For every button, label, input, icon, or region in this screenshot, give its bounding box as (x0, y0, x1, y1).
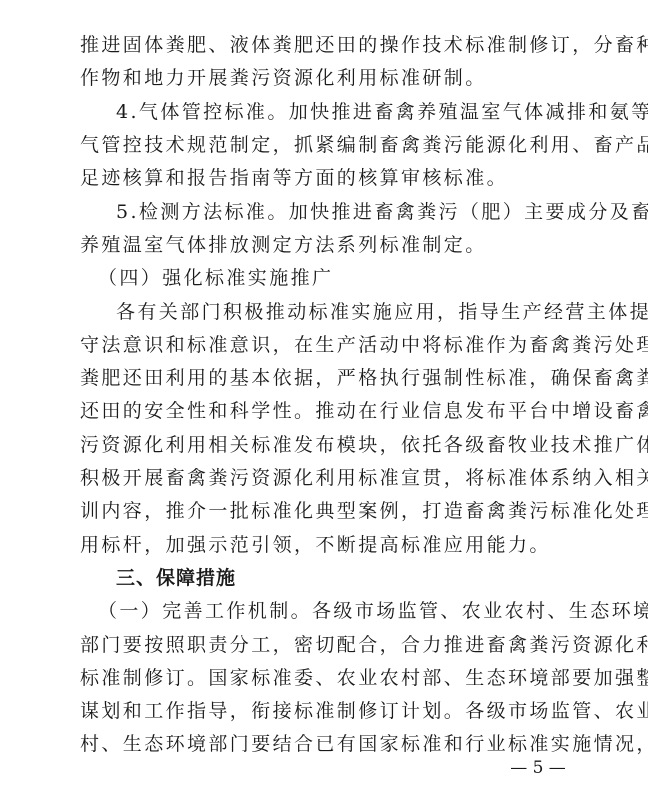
paragraph-line: 守法意识和标准意识，在生产活动中将标准作为畜禽粪污处理和 (80, 328, 580, 362)
paragraph-line: 标准制修订。国家标准委、农业农村部、生态环境部要加强整体 (80, 661, 580, 695)
item-4-gas-control-standard: 4.气体管控标准。加快推进畜禽养殖温室气体减排和氨等臭 (116, 95, 580, 129)
document-page: 推进固体粪肥、液体粪肥还田的操作技术标准制修订，分畜种、 作物和地力开展粪污资源… (0, 0, 648, 801)
paragraph-line: 气管控技术规范制定，抓紧编制畜禽粪污能源化利用、畜产品碳 (80, 128, 580, 162)
paragraph-line: 用标杆，加强示范引领，不断提高标准应用能力。 (80, 528, 580, 562)
paragraph-line: 谋划和工作指导，衔接标准制修订计划。各级市场监管、农业农 (80, 694, 580, 728)
paragraph-line: 积极开展畜禽粪污资源化利用标准宣贯，将标准体系纳入相关培 (80, 461, 580, 495)
paragraph-line: 训内容，推介一批标准化典型案例，打造畜禽粪污标准化处理利 (80, 494, 580, 528)
subsection-1-work-mechanism: （一）完善工作机制。各级市场监管、农业农村、生态环境 (98, 594, 580, 628)
paragraph-line: 各有关部门积极推动标准实施应用，指导生产经营主体提高 (116, 295, 580, 329)
item-5-detection-method-standard: 5.检测方法标准。加快推进畜禽粪污（肥）主要成分及畜禽 (116, 195, 580, 229)
chapter-heading-3: 三、保障措施 (116, 561, 616, 595)
paragraph-line: 养殖温室气体排放测定方法系列标准制定。 (80, 228, 580, 262)
paragraph-line: 还田的安全性和科学性。推动在行业信息发布平台中增设畜禽粪 (80, 394, 580, 428)
paragraph-line: 污资源化利用相关标准发布模块，依托各级畜牧业技术推广体系 (80, 428, 580, 462)
paragraph-line: 村、生态环境部门要结合已有国家标准和行业标准实施情况，积 (80, 727, 580, 761)
paragraph-line: 作物和地力开展粪污资源化利用标准研制。 (80, 61, 580, 95)
paragraph-line: 推进固体粪肥、液体粪肥还田的操作技术标准制修订，分畜种、 (80, 28, 580, 62)
paragraph-line: 部门要按照职责分工，密切配合，合力推进畜禽粪污资源化利用 (80, 628, 580, 662)
page-number: — 5 — (508, 756, 568, 780)
section-heading-4: （四）强化标准实施推广 (98, 261, 598, 295)
paragraph-line: 粪肥还田利用的基本依据，严格执行强制性标准，确保畜禽粪肥 (80, 361, 580, 395)
paragraph-line: 足迹核算和报告指南等方面的核算审核标准。 (80, 161, 580, 195)
